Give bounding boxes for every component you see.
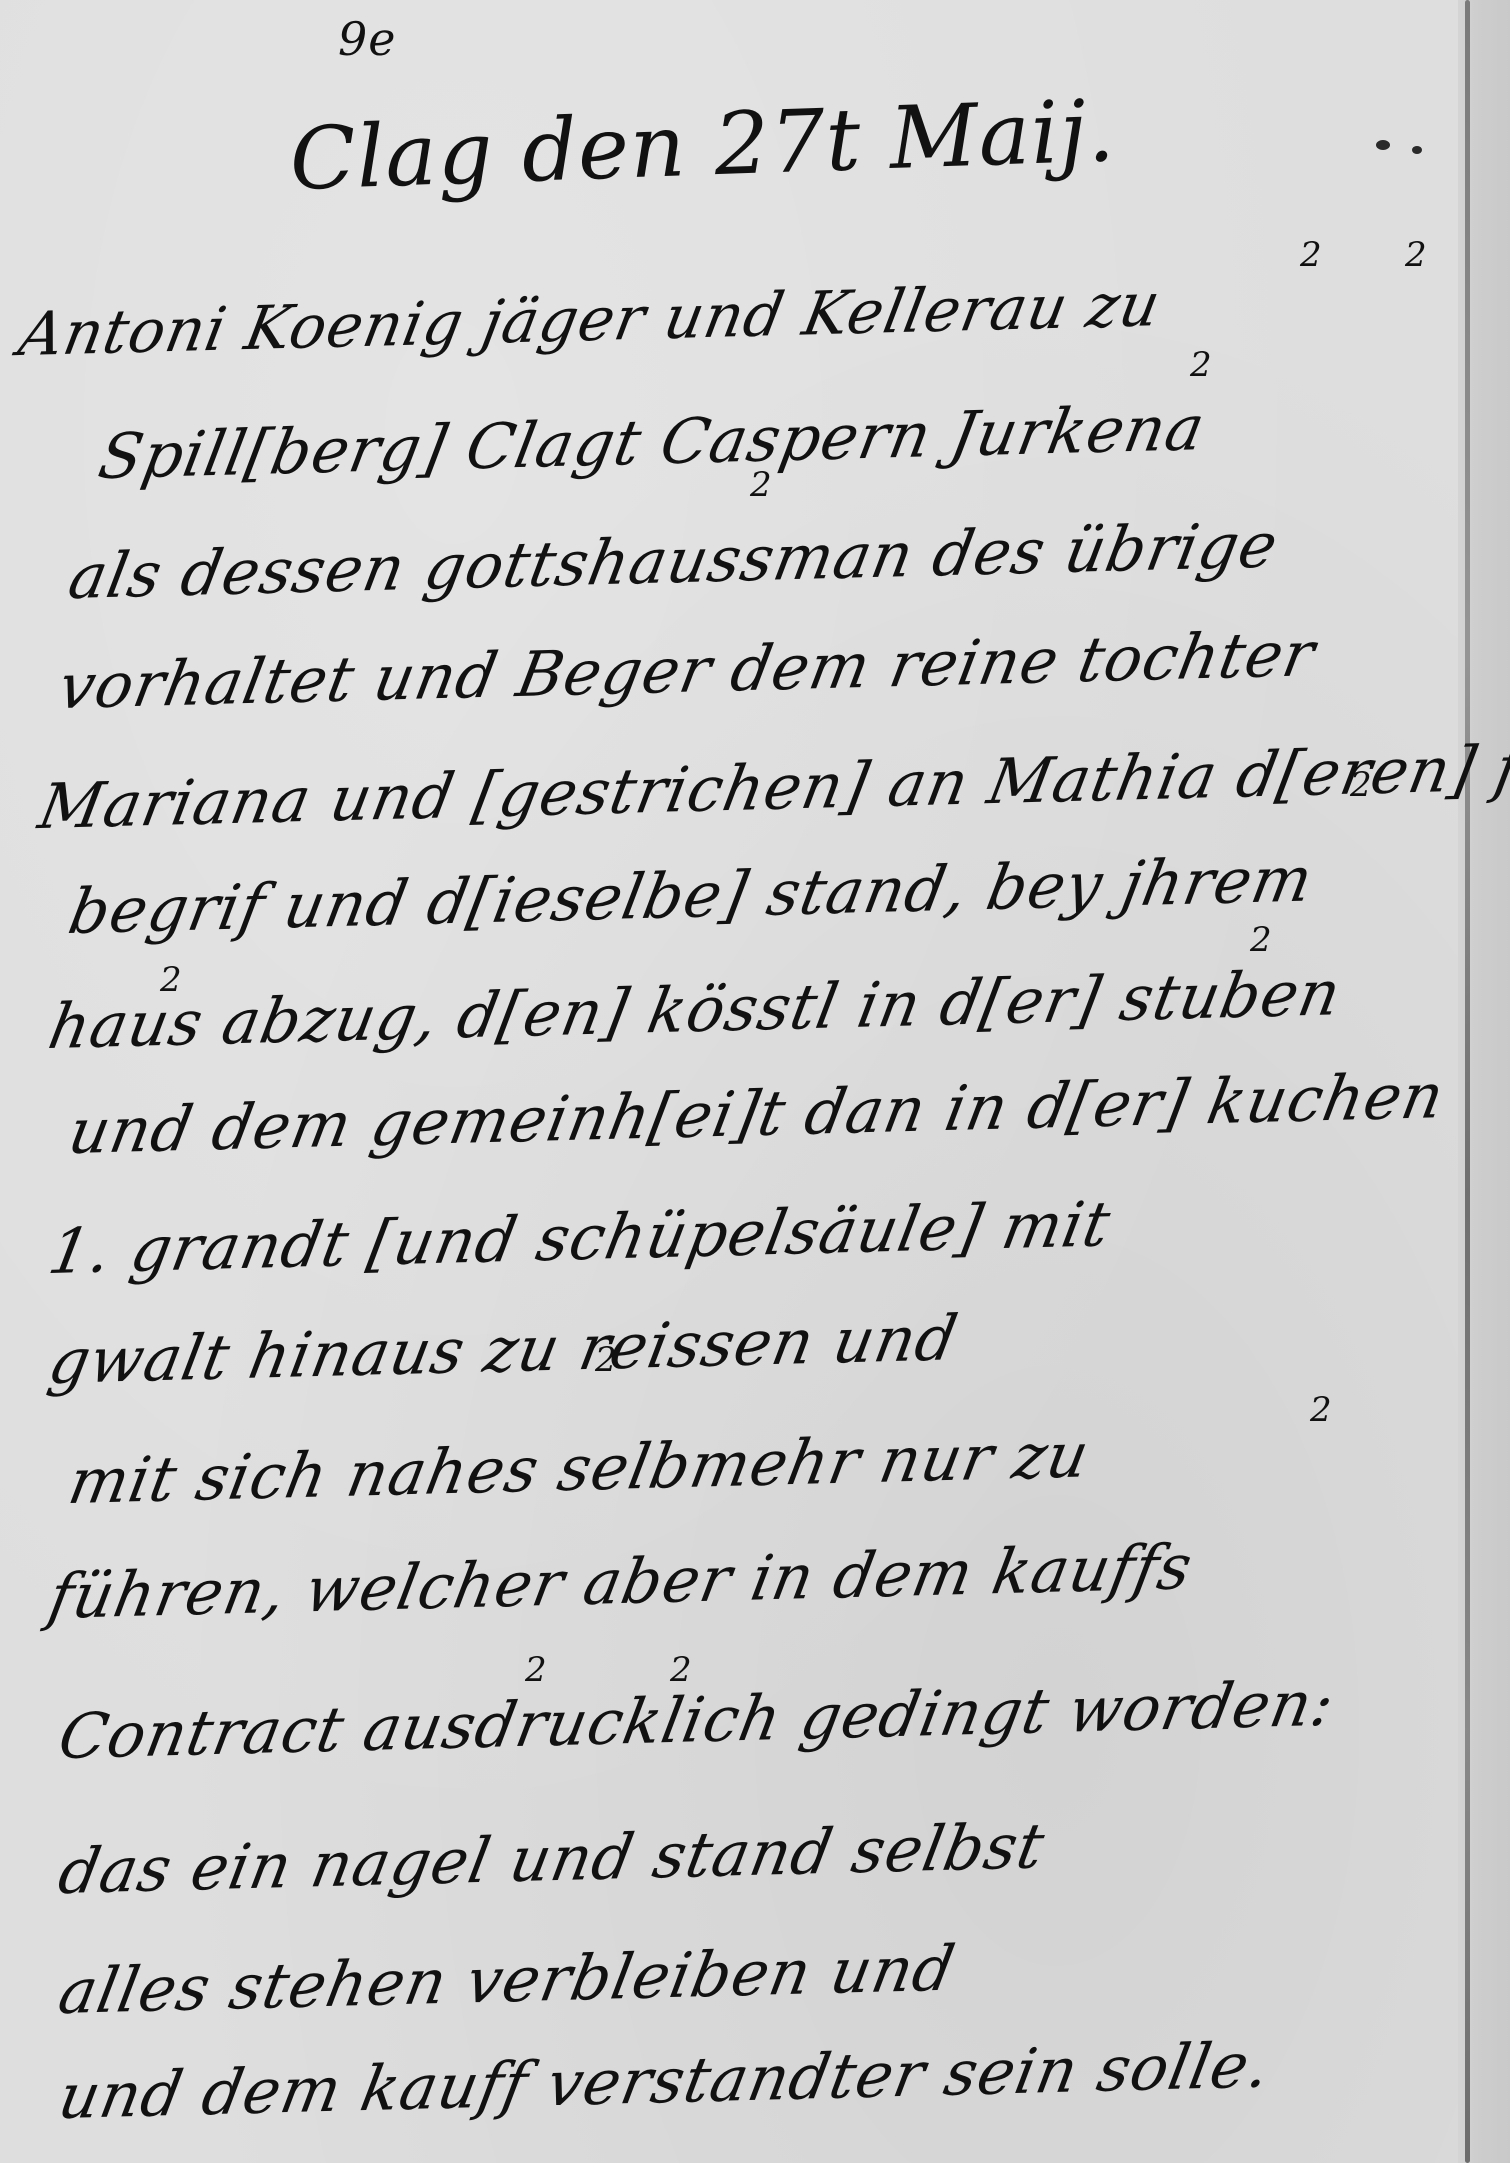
- heading-text: Clag den 27t Maij.: [288, 81, 1117, 210]
- manuscript-line-5: Mariana und [gestrichen] an Mathia d[ere…: [33, 728, 1510, 843]
- interlinear-mark: 2: [1405, 235, 1427, 275]
- manuscript-line-14: das ein nagel und stand selbst: [53, 1809, 1050, 1908]
- manuscript-line-13: Contract ausdrucklich gedingt worden:: [53, 1666, 1340, 1773]
- interlinear-mark: 2: [1350, 765, 1372, 805]
- interlinear-mark: 2: [750, 465, 772, 505]
- interlinear-mark: 2: [525, 1650, 547, 1690]
- interlinear-mark: 2: [1300, 235, 1322, 275]
- manuscript-line-15: alles stehen verbleiben und: [53, 1931, 961, 2028]
- interlinear-mark: 2: [1250, 920, 1272, 960]
- manuscript-line-10: gwalt hinaus zu reissen und: [43, 1301, 964, 1398]
- manuscript-line-16: und dem kauff verstandter sein solle.: [53, 2028, 1276, 2133]
- manuscript-line-7: haus abzug, d[en] kösstl in d[er] stuben: [43, 956, 1347, 1063]
- page-heading: Clag den 27t Maij.: [288, 81, 1117, 210]
- manuscript-line-3: als dessen gottshaussman des übrige: [63, 508, 1284, 613]
- ink-spot: [1376, 140, 1390, 150]
- ink-spot: [1412, 146, 1422, 154]
- interlinear-mark: 2: [670, 1650, 692, 1690]
- manuscript-line-9: 1. grandt [und schüpelsäule] mit: [43, 1187, 1116, 1288]
- interlinear-mark: 2: [160, 960, 182, 1000]
- manuscript-line-12: führen, welcher aber in dem kauffs: [43, 1530, 1198, 1633]
- interlinear-mark: 2: [1190, 345, 1212, 385]
- entry-number: 9e: [338, 12, 397, 66]
- manuscript-page: Clag den 27t Maij. 9e Antoni Koenig jäge…: [0, 0, 1510, 2163]
- manuscript-line-8: und dem gemeinh[ei]t dan in d[er] kuchen: [63, 1059, 1450, 1168]
- manuscript-line-4: vorhaltet und Beger dem reine tochter: [53, 617, 1321, 723]
- manuscript-line-11: mit sich nahes selbmehr nur zu: [63, 1418, 1095, 1518]
- manuscript-line-6: begrif und d[ieselbe] stand, bey jhrem: [63, 842, 1319, 948]
- interlinear-mark: 2: [1310, 1390, 1332, 1430]
- manuscript-line-1: Antoni Koenig jäger und Kellerau zu: [13, 270, 1166, 370]
- interlinear-mark: 2: [595, 1340, 617, 1380]
- page-fold-line: [1465, 0, 1470, 2163]
- manuscript-line-2: Spill[berg] Clagt Caspern Jurkena: [93, 391, 1211, 493]
